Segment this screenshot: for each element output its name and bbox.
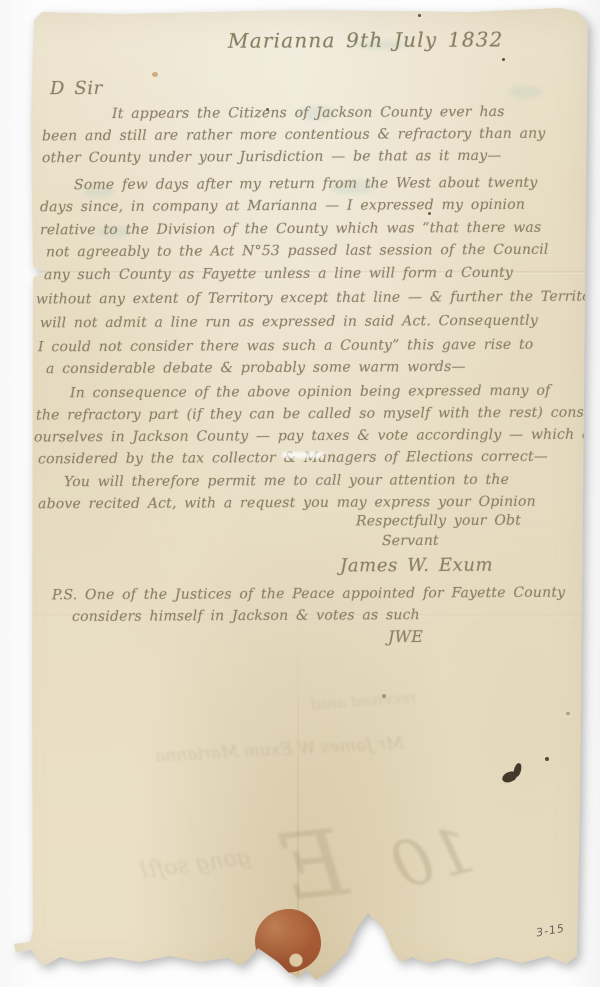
letter-line: without any extent of Territory except t…	[36, 289, 600, 308]
salutation: D Sir	[50, 78, 103, 99]
paper-shadow: Marianna 9th July 1832D SirIt appears th…	[0, 0, 600, 987]
letter-line: Some few days after my return from the W…	[74, 175, 538, 193]
letter-line: above recited Act, with a request you ma…	[38, 494, 536, 513]
closing-line: Servant	[382, 533, 439, 549]
foxing-speck	[418, 14, 421, 17]
letter-line: the refractory part (if they can be call…	[36, 404, 600, 423]
letter-line: In consequence of the above opinion bein…	[70, 383, 551, 402]
letter-line: It appears the Citizens of Jackson Count…	[112, 104, 505, 122]
letter-line: days since, in company at Marianna — I e…	[40, 197, 525, 216]
letter-line: any such County as Fayette unless a line…	[44, 265, 513, 283]
letter-line: other County under your Jurisdiction — b…	[42, 148, 502, 166]
foxing-speck	[266, 108, 269, 111]
foxing-speck	[428, 212, 431, 215]
letter-paper: Marianna 9th July 1832D SirIt appears th…	[0, 0, 600, 987]
letter-line: relative to the Division of the County w…	[40, 220, 541, 239]
initials-jwe: JWE	[388, 627, 423, 646]
letter-line: not agreeably to the Act N°53 passed las…	[46, 242, 549, 261]
foxing-speck	[566, 712, 570, 715]
scanned-letter: Marianna 9th July 1832D SirIt appears th…	[0, 0, 600, 987]
tint-patch	[508, 86, 542, 98]
signature: James W. Exum	[340, 555, 493, 577]
letter-line: You will therefore permit me to call you…	[64, 472, 509, 490]
postscript-line: P.S. One of the Justices of the Peace ap…	[52, 585, 565, 604]
letter-line: been and still are rather more contentio…	[42, 126, 546, 145]
letter-line: will not admit a line run as expressed i…	[40, 313, 538, 332]
foxing-speck	[382, 694, 386, 698]
dateline: Marianna 9th July 1832	[228, 27, 504, 52]
closing-line: Respectfully your Obt	[356, 513, 521, 530]
foxing-speck	[152, 72, 158, 77]
letter-line: I could not consider there was such a Co…	[38, 337, 533, 356]
letter-line: a considerable debate & probably some wa…	[46, 359, 466, 377]
foxing-speck	[502, 58, 505, 61]
letter-line: ourselves in Jackson County — pay taxes …	[34, 427, 600, 446]
postscript-line: considers himself in Jackson & votes as …	[72, 607, 420, 625]
wax-seal	[255, 909, 321, 973]
ink-speck	[545, 757, 549, 761]
abrasion-scratch	[282, 452, 324, 458]
